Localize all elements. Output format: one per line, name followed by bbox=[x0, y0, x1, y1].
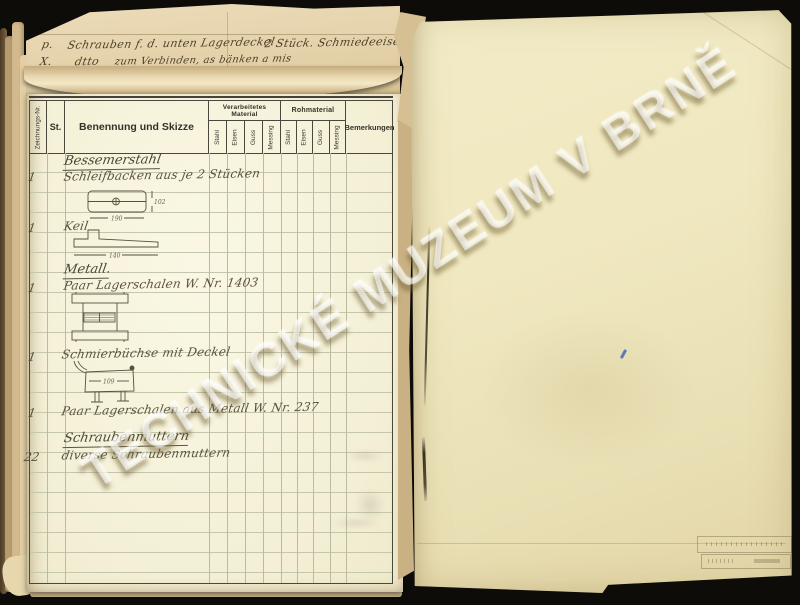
entry-qty: 1 bbox=[27, 350, 37, 364]
entry-row-schleifbacken: Schleifbacken aus je 2 Stücken bbox=[63, 166, 262, 183]
entry-qty: 1 bbox=[27, 170, 37, 184]
entry-qty: 1 bbox=[27, 406, 37, 420]
entry-heading-metall: Metall. bbox=[63, 262, 112, 280]
sketch-keil: 140 bbox=[66, 226, 168, 260]
sketch-schleifbacken: 102 190 bbox=[86, 186, 174, 224]
sketch-schmierbuechse: 109 bbox=[70, 360, 152, 406]
dim-width: 190 bbox=[111, 216, 123, 223]
pencil-smudge bbox=[355, 488, 385, 522]
entry-qty: 22 bbox=[23, 450, 41, 464]
entry-row-schmierbuechse: Schmierbüchse mit Deckel bbox=[61, 345, 232, 362]
sketch-lagerschalen bbox=[68, 291, 134, 343]
dim-width: 109 bbox=[103, 379, 115, 386]
pencil-smudge bbox=[330, 518, 380, 528]
archival-scan-canvas: p. Schrauben f. d. unten Lagerdeckel 2 S… bbox=[0, 0, 800, 605]
entry-qty: 1 bbox=[27, 221, 37, 235]
entry-qty: 1 bbox=[27, 281, 37, 295]
dim-width: 140 bbox=[109, 253, 121, 260]
dim-height: 102 bbox=[154, 199, 166, 206]
pencil-smudge bbox=[345, 450, 385, 462]
